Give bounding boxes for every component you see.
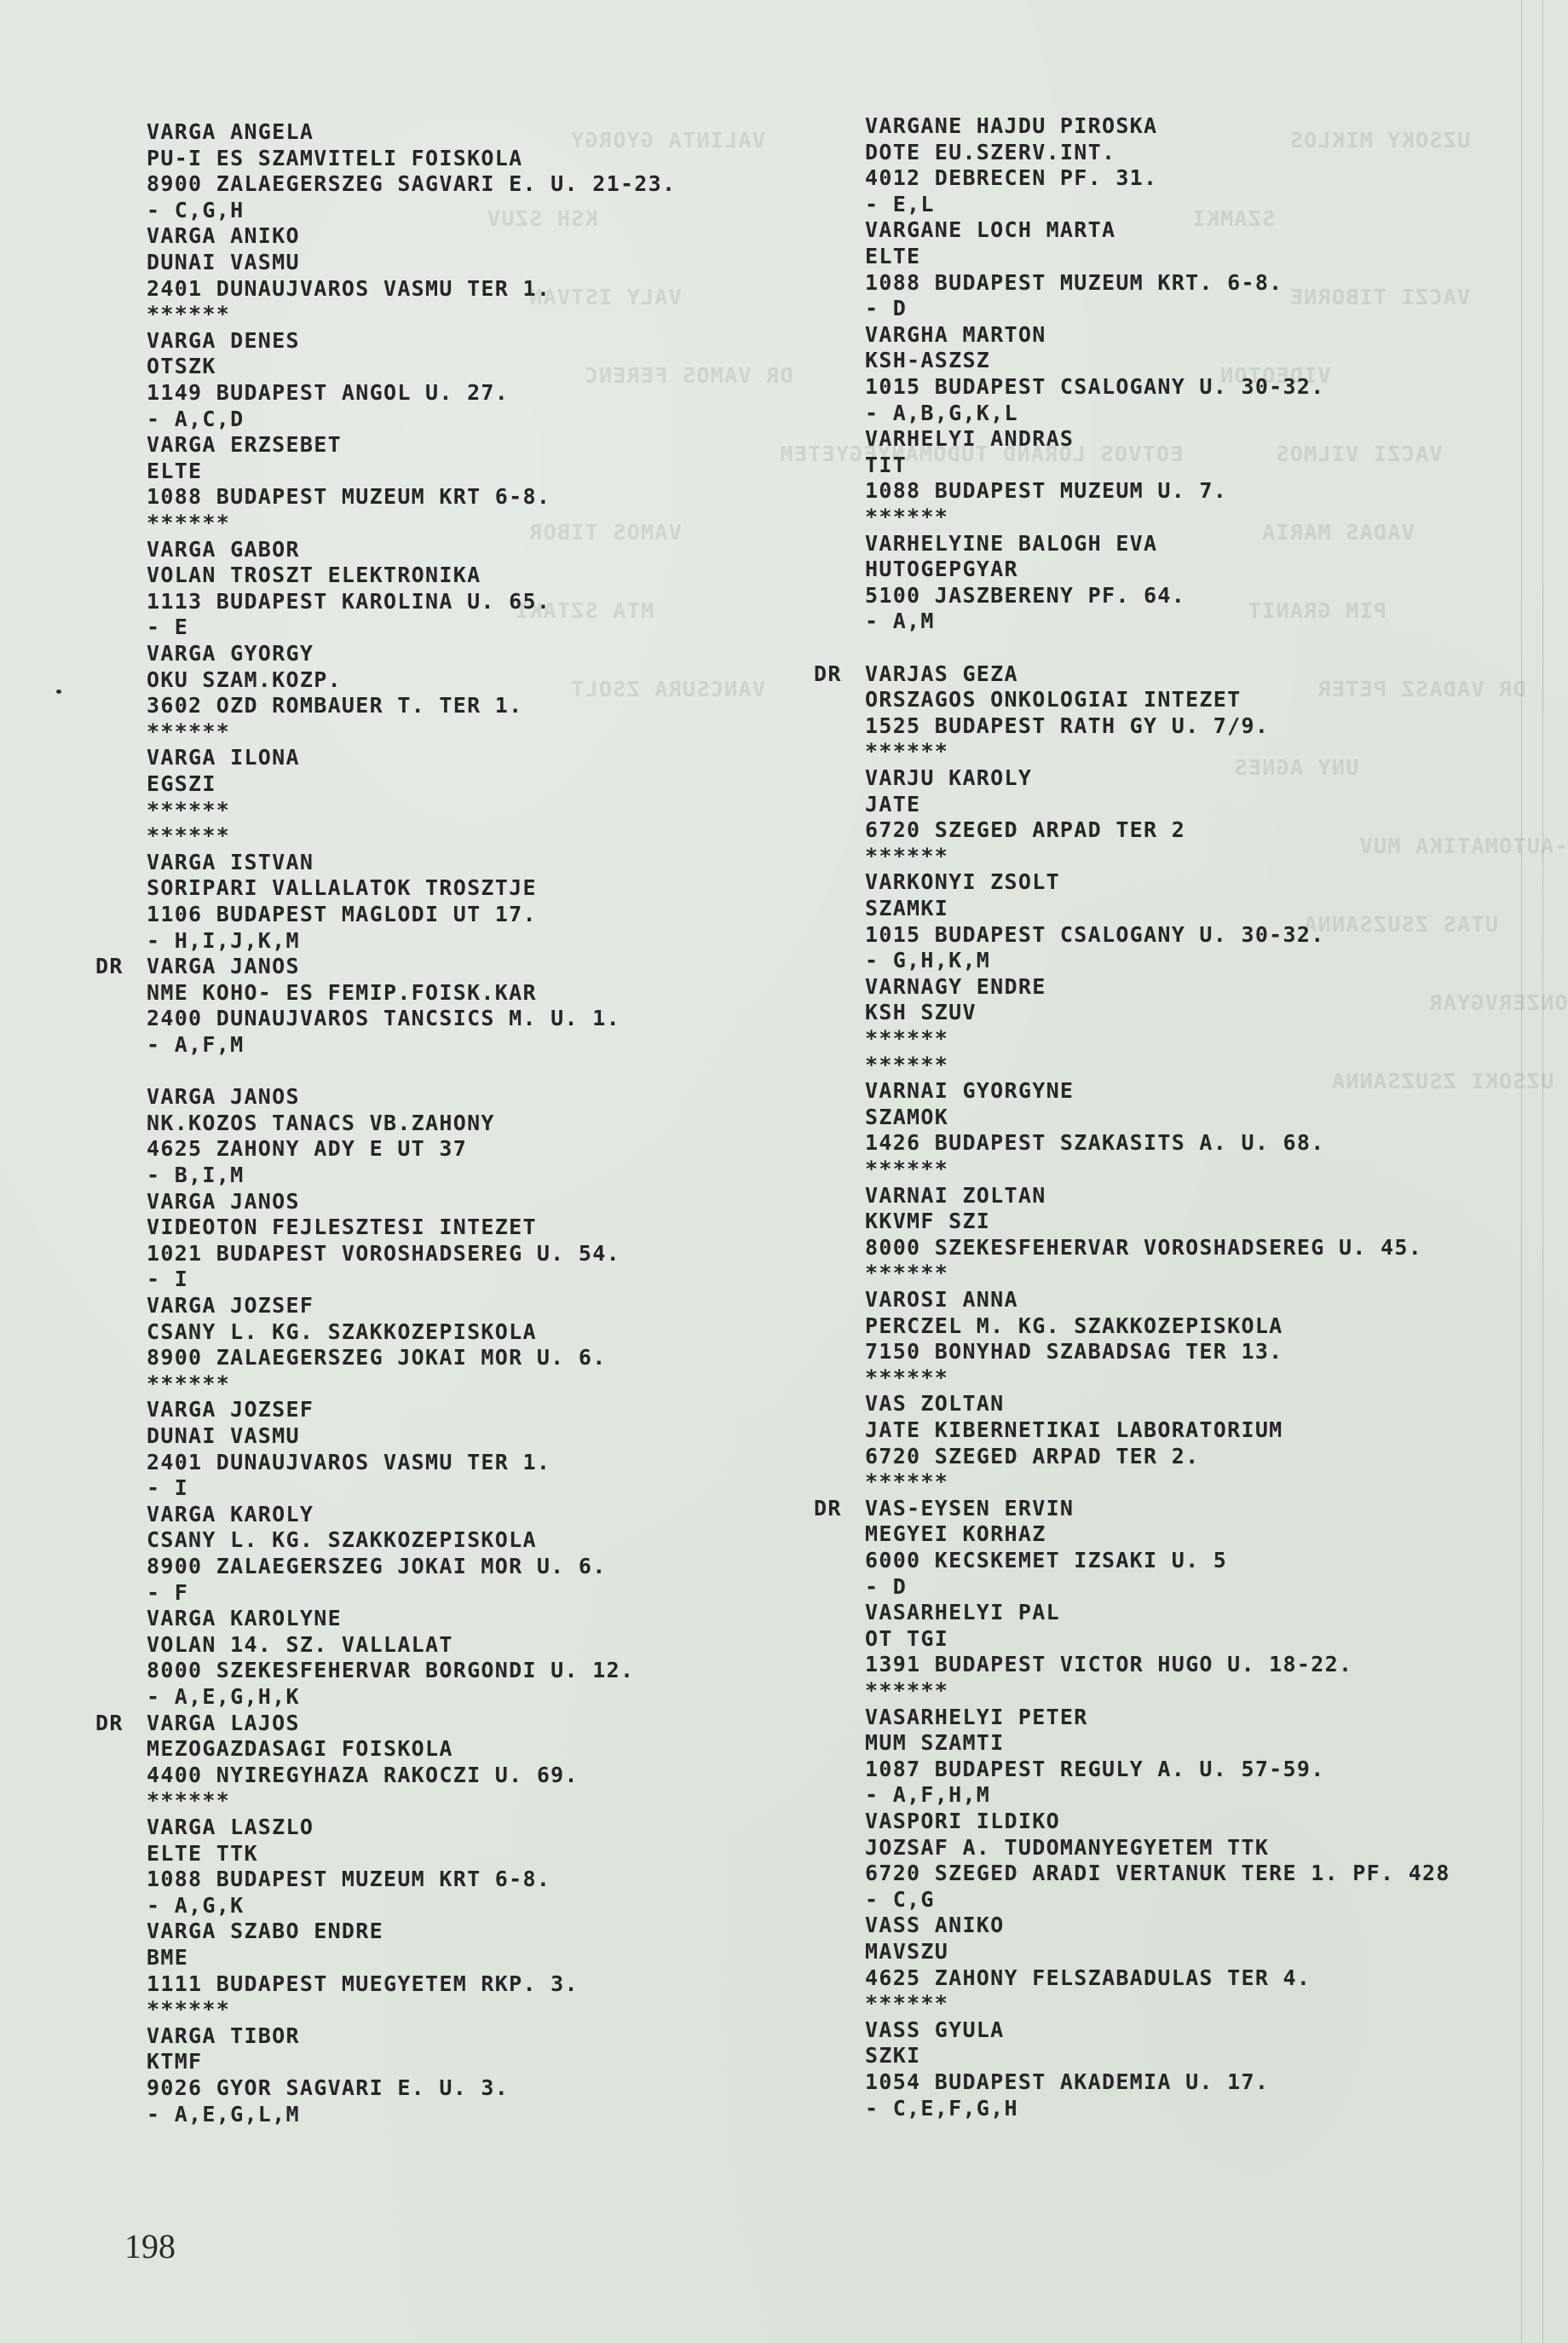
bleed-through-line: KSH SZUV (487, 206, 598, 232)
bleed-through-line: NYIREGYHAZI KONZERVGYAR (1428, 990, 1568, 1016)
entry-name: VARGA JOZSEF (147, 1293, 314, 1319)
entry-institution: PERCZEL M. KG. SZAKKOZEPISKOLA (865, 1313, 1283, 1339)
bleed-through-line: DR VAMOS FERENC (584, 363, 793, 389)
entry-institution: MAVSZU (865, 1939, 948, 1965)
bleed-through-line: DR VADASZ PETER (1317, 677, 1525, 702)
entry-name: VARGA ANGELA (147, 119, 314, 145)
entry-codes: ****** (865, 1469, 948, 1495)
entry-institution: KSH SZUV (865, 1000, 977, 1025)
entry-name: VARGA ILONA (147, 745, 300, 770)
title-prefix: DR (95, 1711, 124, 1736)
entry-institution: OT TGI (865, 1626, 948, 1652)
entry-address: 1088 BUDAPEST MUZEUM KRT 6-8. (147, 1867, 551, 1892)
bleed-through-line: MHG-AUTOMATIKA MUV (1358, 834, 1568, 859)
entry-name: VARGA KAROLYNE (147, 1606, 342, 1631)
entry-institution: JATE KIBERNETIKAI LABORATORIUM (865, 1417, 1283, 1443)
entry-name: VARGANE LOCH MARTA (865, 217, 1115, 243)
entry-address: 2401 DUNAUJVAROS VASMU TER 1. (147, 1450, 551, 1475)
entry-institution: SZKI (865, 2043, 920, 2069)
entry-institution: ELTE TTK (147, 1841, 258, 1867)
entry-address: 9026 GYOR SAGVARI E. U. 3. (147, 2075, 509, 2101)
entry-address: 1111 BUDAPEST MUEGYETEM RKP. 3. (147, 1971, 579, 1997)
entry-name: VAROSI ANNA (865, 1287, 1018, 1313)
entry-address: 1391 BUDAPEST VICTOR HUGO U. 18-22. (865, 1652, 1352, 1677)
entry-codes: ****** (147, 302, 230, 327)
entry-institution: MEZOGAZDASAGI FOISKOLA (147, 1736, 453, 1762)
entry-institution: ORSZAGOS ONKOLOGIAI INTEZET (865, 687, 1241, 713)
entry-address: 4400 NYIREGYHAZA RAKOCZI U. 69. (147, 1763, 579, 1788)
entry-address: 1113 BUDAPEST KAROLINA U. 65. (147, 589, 551, 615)
bleed-through-line: SZAMKI (1191, 206, 1275, 232)
entry-address: 8000 SZEKESFEHERVAR BORGONDI U. 12. (147, 1658, 634, 1683)
bleed-through-line: PIM GRANIT (1248, 598, 1387, 624)
bleed-through-line: VADAS MARIA (1261, 520, 1415, 545)
bleed-through-line: VALINTA GYORGY (570, 128, 765, 153)
entry-institution: TIT (865, 453, 907, 478)
entry-address: ****** (147, 798, 230, 823)
bleed-through-line: UZSOKI ZSUZSANNA (1331, 1069, 1554, 1094)
entry-codes: ****** (865, 739, 948, 765)
title-prefix: DR (814, 661, 842, 687)
entry-institution: VOLAN TROSZT ELEKTRONIKA (147, 563, 481, 588)
entry-codes: - A,F,H,M (865, 1782, 990, 1808)
entry-address: 1015 BUDAPEST CSALOGANY U. 30-32. (865, 922, 1325, 948)
entry-codes: - A,F,M (147, 1032, 244, 1058)
entry-codes: ****** (865, 1678, 948, 1704)
entry-codes: ****** (147, 1371, 230, 1397)
entry-codes: - A,M (865, 609, 935, 634)
entry-codes: - C,G (865, 1887, 935, 1913)
entry-name: VAS-EYSEN ERVIN (865, 1496, 1074, 1521)
entry-institution: MEGYEI KORHAZ (865, 1521, 1046, 1547)
entry-address: 1088 BUDAPEST MUZEUM KRT 6-8. (147, 484, 551, 510)
bleed-through-line: UTAS ZSUZSANNA (1303, 912, 1498, 938)
entry-institution: VIDEOTON FEJLESZTESI INTEZET (147, 1215, 537, 1240)
entry-address: 6720 SZEGED ARADI VERTANUK TERE 1. PF. 4… (865, 1861, 1450, 1886)
entry-institution: MUM SZAMTI (865, 1730, 1005, 1756)
entry-name: VASS ANIKO (865, 1913, 1005, 1938)
entry-institution: NME KOHO- ES FEMIP.FOISK.KAR (147, 980, 537, 1006)
entry-address: 1088 BUDAPEST MUZEUM U. 7. (865, 478, 1227, 504)
entry-address: 1426 BUDAPEST SZAKASITS A. U. 68. (865, 1130, 1325, 1156)
entry-codes: - I (147, 1475, 188, 1501)
entry-institution: JOZSAF A. TUDOMANYEGYETEM TTK (865, 1835, 1269, 1861)
entry-codes: - D (865, 1574, 907, 1600)
bleed-through-line: VAMOS TIBOR (528, 520, 682, 545)
bleed-through-line: VALY ISTVAN (528, 285, 682, 310)
entry-address: 5100 JASZBERENY PF. 64. (865, 583, 1185, 609)
entry-name: VARKONYI ZSOLT (865, 869, 1060, 895)
entry-institution: PU-I ES SZAMVITELI FOISKOLA (147, 146, 522, 171)
entry-name: VASARHELYI PETER (865, 1705, 1088, 1730)
entry-address: 3602 OZD ROMBAUER T. TER 1. (147, 693, 522, 718)
entry-name: VARHELYINE BALOGH EVA (865, 531, 1157, 557)
entry-codes: ****** (865, 505, 948, 530)
entry-institution: DUNAI VASMU (147, 250, 300, 275)
entry-name: VARGA ERZSEBET (147, 432, 342, 458)
entry-codes: ****** (147, 719, 230, 745)
entry-name: VASARHELYI PAL (865, 1600, 1060, 1625)
title-prefix: DR (814, 1496, 842, 1521)
entry-name: VARHELYI ANDRAS (865, 426, 1074, 452)
entry-institution: CSANY L. KG. SZAKKOZEPISKOLA (147, 1319, 537, 1345)
entry-name: VARGA KAROLY (147, 1502, 314, 1527)
stray-ink-mark (56, 690, 61, 694)
entry-codes: - D (865, 296, 907, 321)
bleed-through-line: VACZI VILMOS (1275, 441, 1442, 467)
entry-codes: - G,H,K,M (865, 948, 990, 973)
entry-codes: - B,I,M (147, 1163, 244, 1188)
entry-codes: ****** (865, 1991, 948, 2017)
entry-address: 4625 ZAHONY ADY E UT 37 (147, 1136, 467, 1162)
entry-institution: HUTOGEPGYAR (865, 557, 1018, 582)
entry-codes: ****** (147, 511, 230, 536)
entry-name: VARJU KAROLY (865, 765, 1032, 791)
entry-name: VASPORI ILDIKO (865, 1809, 1060, 1834)
entry-codes: - C,G,H (147, 198, 244, 223)
entry-address: 8000 SZEKESFEHERVAR VOROSHADSEREG U. 45. (865, 1235, 1422, 1261)
entry-address: 1021 BUDAPEST VOROSHADSEREG U. 54. (147, 1241, 620, 1267)
entry-address: 1106 BUDAPEST MAGLODI UT 17. (147, 902, 537, 927)
entry-codes: ****** (147, 1788, 230, 1814)
entry-codes: - E,L (865, 192, 935, 217)
entry-institution: SORIPARI VALLALATOK TROSZTJE (147, 875, 537, 901)
entry-address: 6720 SZEGED ARPAD TER 2. (865, 1444, 1199, 1469)
bleed-through-line: VACZI TIBORNE (1289, 285, 1471, 310)
entry-codes: ****** (865, 844, 948, 869)
entry-codes: ****** (147, 1997, 230, 2023)
entry-institution: KKVMF SZI (865, 1209, 990, 1234)
entry-institution: NK.KOZOS TANACS VB.ZAHONY (147, 1111, 495, 1136)
entry-name: VARGA LASZLO (147, 1815, 314, 1840)
entry-codes: - A,B,G,K,L (865, 401, 1018, 426)
entry-address: 4012 DEBRECEN PF. 31. (865, 165, 1157, 191)
entry-institution: DOTE EU.SZERV.INT. (865, 140, 1115, 165)
entry-name: VARGA SZABO ENDRE (147, 1919, 383, 1944)
entry-name: VARGANE HAJDU PIROSKA (865, 113, 1157, 139)
page-number: 198 (124, 2226, 176, 2266)
entry-address: 1054 BUDAPEST AKADEMIA U. 17. (865, 2069, 1269, 2095)
entry-address: 2401 DUNAUJVAROS VASMU TER 1. (147, 276, 551, 302)
entry-name: VARNAI GYORGYNE (865, 1078, 1074, 1104)
entry-institution: ELTE (147, 459, 202, 484)
entry-institution: ELTE (865, 244, 920, 269)
entry-address: 6720 SZEGED ARPAD TER 2 (865, 817, 1185, 843)
entry-codes: ****** (865, 1261, 948, 1286)
entry-institution: SZAMOK (865, 1105, 948, 1130)
entry-name: VARJAS GEZA (865, 661, 1018, 687)
entry-institution: OTSZK (147, 354, 216, 379)
entry-institution: KTMF (147, 2049, 202, 2075)
entry-codes: ****** (865, 1365, 948, 1391)
bleed-through-line: VANCSURA ZSOLT (570, 677, 765, 702)
entry-name: VARGA ISTVAN (147, 850, 314, 875)
entry-codes: ****** (865, 1157, 948, 1182)
entry-address: 4625 ZAHONY FELSZABADULAS TER 4. (865, 1965, 1311, 1991)
entry-name: VARGHA MARTON (865, 322, 1046, 348)
entry-name: VARGA GYORGY (147, 641, 314, 667)
entry-codes: - A,G,K (147, 1893, 244, 1919)
page-binding-edge (1542, 0, 1543, 2343)
entry-name: VARGA JOZSEF (147, 1397, 314, 1423)
entry-codes: ****** (865, 1053, 948, 1078)
entry-codes: - H,I,J,K,M (147, 928, 300, 954)
entry-codes: - A,E,G,H,K (147, 1684, 300, 1710)
entry-address: 8900 ZALAEGERSZEG JOKAI MOR U. 6. (147, 1345, 607, 1371)
entry-institution: DUNAI VASMU (147, 1423, 300, 1449)
entry-institution: SZAMKI (865, 896, 948, 921)
entry-address: 1087 BUDAPEST REGULY A. U. 57-59. (865, 1757, 1325, 1782)
entry-address: 6000 KECSKEMET IZSAKI U. 5 (865, 1548, 1227, 1573)
bleed-through-line: UNY AGNES (1233, 755, 1358, 781)
title-prefix: DR (95, 954, 124, 979)
entry-address: 8900 ZALAEGERSZEG JOKAI MOR U. 6. (147, 1554, 607, 1579)
entry-codes: - A,E,G,L,M (147, 2102, 300, 2127)
entry-institution: BME (147, 1945, 188, 1971)
entry-address: 7150 BONYHAD SZABADSAG TER 13. (865, 1339, 1283, 1365)
entry-codes: - A,C,D (147, 407, 244, 432)
entry-codes: - C,E,F,G,H (865, 2096, 1018, 2121)
entry-institution: EGSZI (147, 771, 216, 797)
entry-name: VARGA GABOR (147, 537, 300, 563)
entry-institution: JATE (865, 792, 920, 817)
entry-address: 1015 BUDAPEST CSALOGANY U. 30-32. (865, 374, 1325, 400)
entry-address: 1149 BUDAPEST ANGOL U. 27. (147, 380, 509, 406)
entry-address: ****** (865, 1026, 948, 1052)
entry-address: 8900 ZALAEGERSZEG SAGVARI E. U. 21-23. (147, 171, 676, 197)
entry-name: VASS GYULA (865, 2017, 1005, 2043)
page-binding-edge (1521, 0, 1522, 2343)
entry-name: VARNAI ZOLTAN (865, 1183, 1046, 1209)
entry-institution: OKU SZAM.KOZP. (147, 667, 342, 693)
entry-name: VAS ZOLTAN (865, 1391, 1005, 1417)
entry-codes: - I (147, 1267, 188, 1292)
entry-name: VARGA LAJOS (147, 1711, 300, 1736)
entry-name: VARGA TIBOR (147, 2023, 300, 2049)
entry-institution: KSH-ASZSZ (865, 348, 990, 373)
entry-name: VARGA JANOS (147, 1084, 300, 1110)
entry-institution: CSANY L. KG. SZAKKOZEPISKOLA (147, 1527, 537, 1553)
entry-address: 2400 DUNAUJVAROS TANCSICS M. U. 1. (147, 1006, 620, 1031)
entry-name: VARGA JANOS (147, 954, 300, 979)
entry-address: 1525 BUDAPEST RATH GY U. 7/9. (865, 713, 1269, 739)
entry-name: VARNAGY ENDRE (865, 974, 1046, 1000)
entry-name: VARGA JANOS (147, 1189, 300, 1215)
entry-codes: ****** (147, 823, 230, 849)
entry-name: VARGA ANIKO (147, 223, 300, 249)
entry-codes: - F (147, 1580, 188, 1606)
entry-codes: - E (147, 615, 188, 640)
entry-institution: VOLAN 14. SZ. VALLALAT (147, 1632, 453, 1658)
entry-address: 1088 BUDAPEST MUZEUM KRT. 6-8. (865, 270, 1283, 296)
entry-name: VARGA DENES (147, 328, 300, 354)
bleed-through-line: UZSOKY MIKLOS (1289, 128, 1471, 153)
